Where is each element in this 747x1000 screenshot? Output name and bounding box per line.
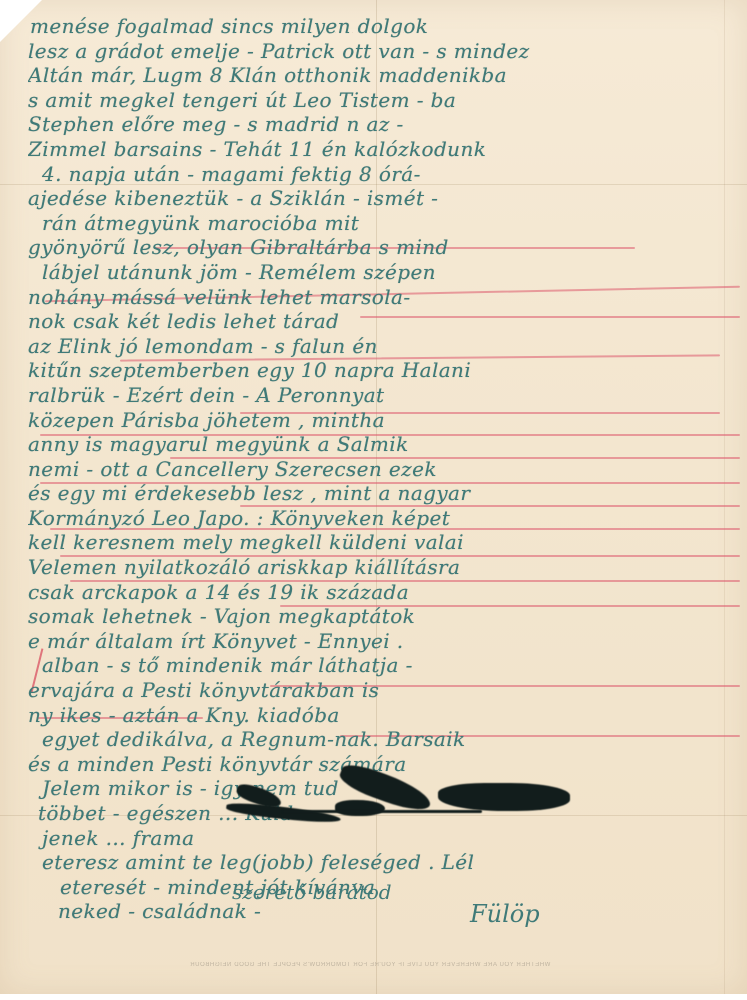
letter-line: rán átmegyünk marocióba mit xyxy=(28,211,738,236)
letter-line: az Elink jó lemondam - s falun én xyxy=(28,334,738,359)
letter-line: 4. napja után - magami fektig 8 órá- xyxy=(28,162,738,187)
letter-line: Zimmel barsains - Tehát 11 én kalózkodun… xyxy=(28,137,738,162)
letter-line: s amit megkel tengeri út Leo Tistem - ba xyxy=(28,88,738,113)
letter-line: kell keresnem mely megkell küldeni valai xyxy=(28,530,738,555)
printed-footer-showthrough: WHETHER YOU ARE WHEREVER YOU LIVE IF YOU… xyxy=(120,962,620,968)
ink-stroke xyxy=(282,810,482,813)
letter-line: lesz a grádot emelje - Patrick ott van -… xyxy=(28,39,738,64)
letter-sheet: · · · · · · · · · · · · · · · · · · · · … xyxy=(0,0,747,994)
letter-line: ralbrük - Ezért dein - A Peronnyat xyxy=(28,383,738,408)
letter-line: nohány mássá velünk lehet marsola- xyxy=(28,285,738,310)
letter-line: jenek ... frama xyxy=(28,826,738,851)
letter-line: nemi - ott a Cancellery Szerecsen ezek xyxy=(28,457,738,482)
letter-line: alban - s tő mindenik már láthatja - xyxy=(28,653,738,678)
ink-blot xyxy=(335,800,385,816)
letter-line: ajedése kibeneztük - a Sziklán - ismét - xyxy=(28,186,738,211)
letter-line: Altán már, Lugm 8 Klán otthonik maddenik… xyxy=(28,63,738,88)
letter-signature: Fülöp xyxy=(470,900,540,928)
letter-line: közepen Párisba jöhetem , mintha xyxy=(28,408,738,433)
letter-line: e már általam írt Könyvet - Ennyei . xyxy=(28,629,738,654)
ink-blot xyxy=(438,783,570,811)
letter-line: Stephen előre meg - s madrid n az - xyxy=(28,112,738,137)
letter-line: somak lehetnek - Vajon megkaptátok xyxy=(28,604,738,629)
letter-line: és egy mi érdekesebb lesz , mint a nagya… xyxy=(28,481,738,506)
letter-line: lábjel utánunk jöm - Remélem szépen xyxy=(28,260,738,285)
letter-line: csak arckapok a 14 és 19 ik százada xyxy=(28,580,738,605)
letter-line: kitűn szeptemberben egy 10 napra Halani xyxy=(28,358,738,383)
letter-line: ny ikes - aztán a Kny. kiadóba xyxy=(28,703,738,728)
letter-line: nok csak két ledis lehet tárad xyxy=(28,309,738,334)
letter-line: Velemen nyilatkozáló ariskkap kiállításr… xyxy=(28,555,738,580)
letter-line: Kormányzó Leo Japo. : Könyveken képet xyxy=(28,506,738,531)
letter-line: eteresz amint te leg(jobb) feleséged . L… xyxy=(28,850,738,875)
letter-line: anny is magyarul megyünk a Salmik xyxy=(28,432,738,457)
letter-line: ervajára a Pesti könyvtárakban is xyxy=(28,678,738,703)
letter-line: egyet dedikálva, a Regnum-nak. Barsaik xyxy=(28,727,738,752)
letter-line: gyönyörű lesz, olyan Gibraltárba s mind xyxy=(28,235,738,260)
letter-closing: szerető barátod xyxy=(232,880,392,904)
letter-line: menése fogalmad sincs milyen dolgok xyxy=(28,14,738,39)
